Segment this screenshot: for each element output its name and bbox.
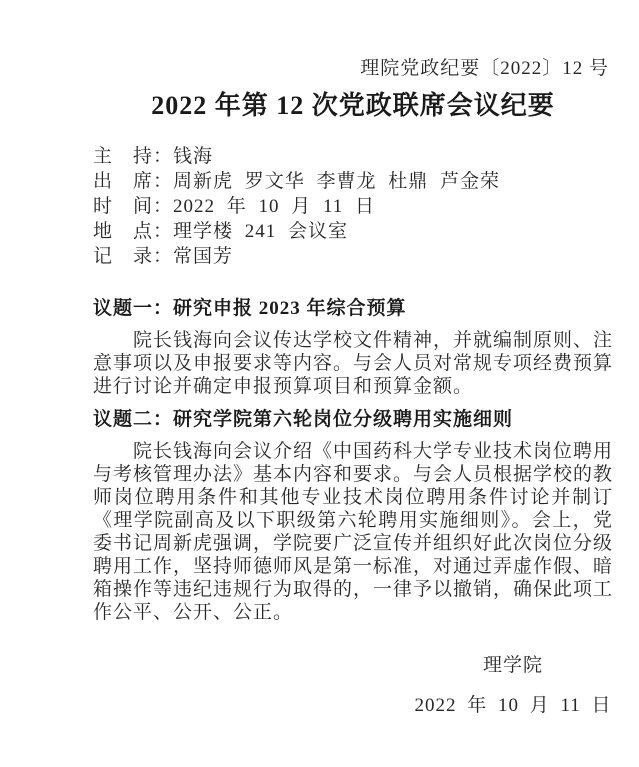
meta-line-location: 地 点：理学楼 241 会议室 [93, 219, 613, 244]
meta-line-recorder: 记 录：常国芳 [93, 244, 613, 269]
meta-value-location: 理学楼 241 会议室 [173, 221, 348, 242]
meta-label-attendees: 出 席： [93, 171, 173, 192]
meta-label-location: 地 点： [93, 221, 173, 242]
signature-date: 2022 年 10 月 11 日 [353, 694, 639, 718]
meeting-minutes-page: 理院党政纪要〔2022〕12 号 2022 年第 12 次党政联席会议纪要 主 … [0, 0, 639, 767]
meta-line-host: 主 持：钱海 [93, 144, 613, 169]
document-text-block: 理院党政纪要〔2022〕12 号 2022 年第 12 次党政联席会议纪要 主 … [93, 58, 613, 718]
topic-2-body: 院长钱海向会议介绍《中国药科大学专业技术岗位聘用与考核管理办法》基本内容和要求。… [93, 440, 613, 624]
topic-1-heading: 议题一：研究申报 2023 年综合预算 [93, 297, 613, 321]
meeting-meta-block: 主 持：钱海 出 席：周新虎 罗文华 李曹龙 杜鼎 芦金荣 时 间：2022 年… [93, 144, 613, 269]
topic-2-heading: 议题二：研究学院第六轮岗位分级聘用实施细则 [93, 408, 613, 432]
meta-label-recorder: 记 录： [93, 246, 173, 267]
signature-organization: 理学院 [353, 654, 639, 678]
meta-line-time: 时 间：2022 年 10 月 11 日 [93, 194, 613, 219]
signature-block: 理学院 2022 年 10 月 11 日 [353, 654, 639, 718]
meta-label-host: 主 持： [93, 146, 173, 167]
document-number: 理院党政纪要〔2022〕12 号 [93, 58, 613, 80]
meta-value-attendees: 周新虎 罗文华 李曹龙 杜鼎 芦金荣 [173, 171, 500, 192]
meta-value-recorder: 常国芳 [173, 246, 233, 267]
meta-value-host: 钱海 [173, 146, 213, 167]
topic-1-body: 院长钱海向会议传达学校文件精神，并就编制原则、注意事项以及申报要求等内容。与会人… [93, 329, 613, 398]
page-title: 2022 年第 12 次党政联席会议纪要 [93, 90, 613, 122]
meta-value-time: 2022 年 10 月 11 日 [173, 196, 375, 217]
meta-line-attendees: 出 席：周新虎 罗文华 李曹龙 杜鼎 芦金荣 [93, 169, 613, 194]
meta-label-time: 时 间： [93, 196, 173, 217]
